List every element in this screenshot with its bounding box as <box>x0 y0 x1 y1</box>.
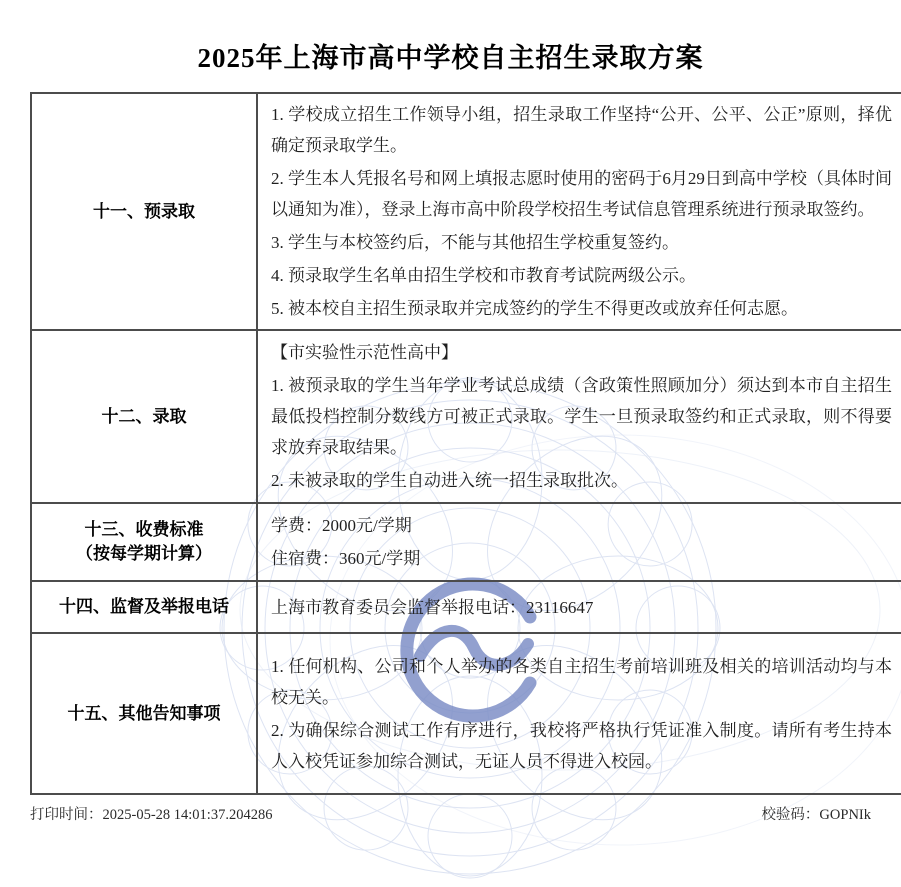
table-row-admission: 十二、录取 【市实验性示范性高中】 1. 被预录取的学生当年学业考试总成绩（含政… <box>31 330 901 503</box>
content-paragraph: 学费：2000元/学期 <box>271 510 892 541</box>
content-paragraph: 2. 学生本人凭报名号和网上填报志愿时使用的密码于6月29日到高中学校（具体时间… <box>271 163 892 225</box>
table-row-other-notices: 十五、其他告知事项 1. 任何机构、公司和个人举办的各类自主招生考前培训班及相关… <box>31 633 901 794</box>
page-title: 2025年上海市高中学校自主招生录取方案 <box>0 36 901 75</box>
content-paragraph: 2. 未被录取的学生自动进入统一招生录取批次。 <box>271 465 892 496</box>
row-label-admission: 十二、录取 <box>31 330 257 503</box>
row-content-fees: 学费：2000元/学期 住宿费：360元/学期 <box>257 503 901 581</box>
row-label-text: 十二、录取 <box>33 405 255 429</box>
row-sublabel-text: （按每学期计算） <box>33 542 255 566</box>
content-paragraph: 2. 为确保综合测试工作有序进行，我校将严格执行凭证准入制度。请所有考生持本人入… <box>271 715 892 777</box>
row-label-text: 十四、监督及举报电话 <box>33 595 255 619</box>
row-content-preadmission: 1. 学校成立招生工作领导小组，招生录取工作坚持“公开、公平、公正”原则，择优确… <box>257 93 901 330</box>
admission-plan-table: 十一、预录取 1. 学校成立招生工作领导小组，招生录取工作坚持“公开、公平、公正… <box>30 92 901 795</box>
print-time: 打印时间：2025-05-28 14:01:37.204286 <box>30 803 272 824</box>
row-label-hotline: 十四、监督及举报电话 <box>31 581 257 633</box>
row-label-text: 十一、预录取 <box>33 200 255 224</box>
content-paragraph: 3. 学生与本校签约后，不能与其他招生学校重复签约。 <box>271 227 892 258</box>
content-paragraph: 4. 预录取学生名单由招生学校和市教育考试院两级公示。 <box>271 260 892 291</box>
row-label-fees: 十三、收费标准 （按每学期计算） <box>31 503 257 581</box>
table-row-hotline: 十四、监督及举报电话 上海市教育委员会监督举报电话：23116647 <box>31 581 901 633</box>
content-paragraph: 上海市教育委员会监督举报电话：23116647 <box>271 592 892 623</box>
content-paragraph: 【市实验性示范性高中】 <box>271 337 892 368</box>
content-paragraph: 住宿费：360元/学期 <box>271 543 892 574</box>
document-page: 2025年上海市高中学校自主招生录取方案 十一、预录取 1. 学校成立招生工作领… <box>0 0 901 887</box>
content-paragraph: 1. 学校成立招生工作领导小组，招生录取工作坚持“公开、公平、公正”原则，择优确… <box>271 99 892 161</box>
row-content-admission: 【市实验性示范性高中】 1. 被预录取的学生当年学业考试总成绩（含政策性照顾加分… <box>257 330 901 503</box>
row-label-text: 十三、收费标准 <box>33 518 255 542</box>
row-label-preadmission: 十一、预录取 <box>31 93 257 330</box>
table-row-fees: 十三、收费标准 （按每学期计算） 学费：2000元/学期 住宿费：360元/学期 <box>31 503 901 581</box>
row-content-other-notices: 1. 任何机构、公司和个人举办的各类自主招生考前培训班及相关的培训活动均与本校无… <box>257 633 901 794</box>
check-code: 校验码：GOPNIk <box>761 803 871 824</box>
row-label-other-notices: 十五、其他告知事项 <box>31 633 257 794</box>
table-row-preadmission: 十一、预录取 1. 学校成立招生工作领导小组，招生录取工作坚持“公开、公平、公正… <box>31 93 901 330</box>
content-paragraph: 1. 任何机构、公司和个人举办的各类自主招生考前培训班及相关的培训活动均与本校无… <box>271 651 892 713</box>
content-paragraph: 1. 被预录取的学生当年学业考试总成绩（含政策性照顾加分）须达到本市自主招生最低… <box>271 370 892 463</box>
row-label-text: 十五、其他告知事项 <box>33 702 255 726</box>
content-paragraph: 5. 被本校自主招生预录取并完成签约的学生不得更改或放弃任何志愿。 <box>271 293 892 324</box>
row-content-hotline: 上海市教育委员会监督举报电话：23116647 <box>257 581 901 633</box>
